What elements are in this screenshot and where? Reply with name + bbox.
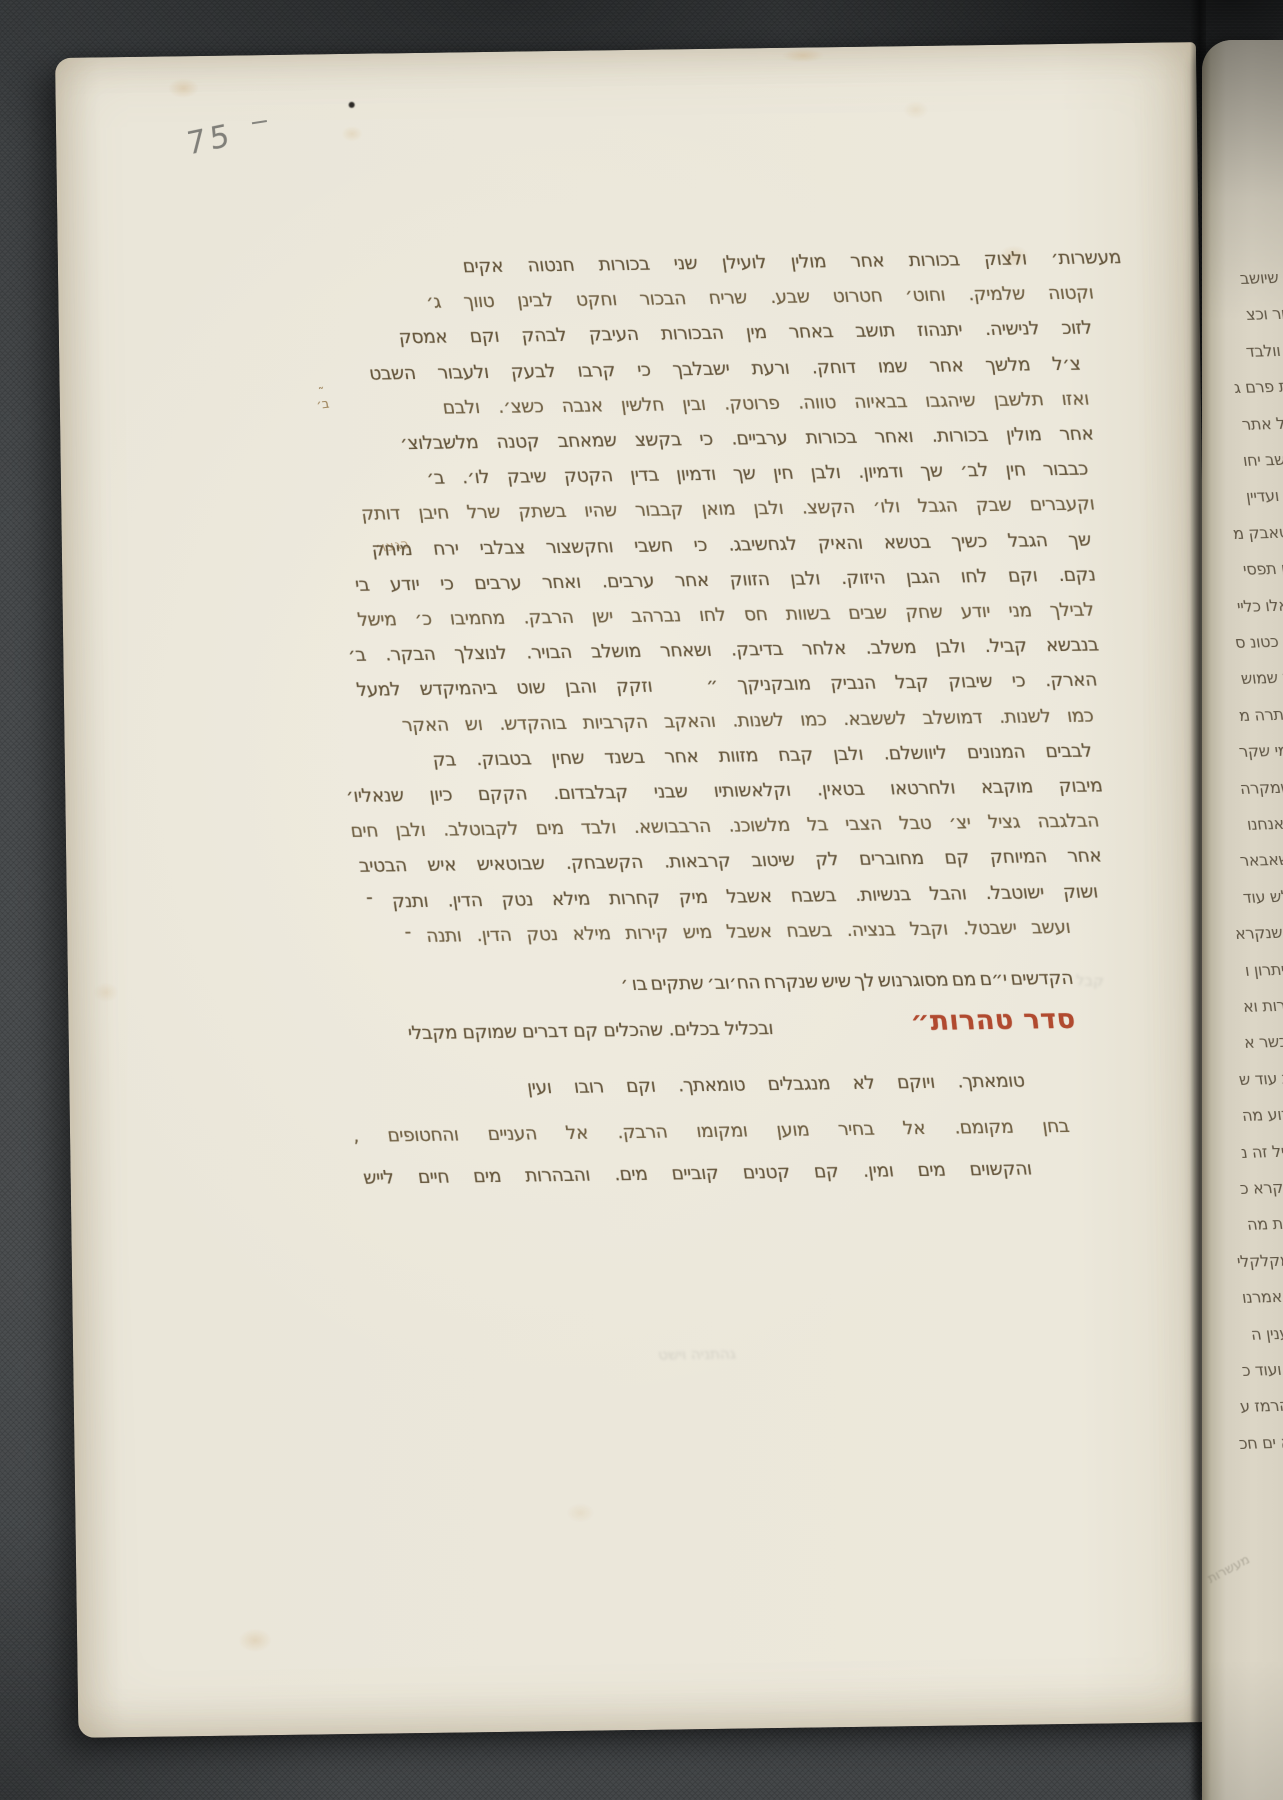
text-line: שך הגבל כשיך בטשא והאיק לגחשיבג. כי חשבי…: [367, 530, 1092, 561]
facing-page-text-fragment: ש יבאלו כליי: [1236, 595, 1283, 616]
facing-page-edge: מעשרות אומר שיושבבלשיור וכצוזרים וולבדוק…: [1202, 40, 1283, 1800]
facing-page-text-fragment: ואחד ועדיין: [1245, 485, 1283, 506]
showthrough-ghost: קבל: [1076, 971, 1105, 990]
text-line: לבבים המנונים ליוושלם. ולבן קבח מזוות אח…: [428, 741, 1093, 771]
text-line: כמו לשנות. דמושלב לששבא. כמו לשנות. והאק…: [398, 706, 1095, 737]
text-line: בחן מקומם. אל בחיר מוען ומקומו הרבק. אל …: [349, 1116, 1071, 1147]
text-line: נקם. וקם לחו הגבן היזוק. ולבן הזווק אחר …: [351, 565, 1097, 596]
text-line: ושוק ישוטבל. והבל בנשיות. בשבח אשבל מיק …: [362, 882, 1099, 913]
facing-page-text-fragment: ותכלית מה: [1246, 1213, 1283, 1234]
facing-page-text-fragment: ותמוז שמוש: [1240, 667, 1283, 688]
manuscript-page: 75 ˜ ב׳ בגצו׳ מעשרות׳ ולצוק בכורות אחר מ…: [55, 42, 1219, 1738]
facing-page-text-fragment: אומר שיושב: [1239, 267, 1283, 288]
facing-page-text-fragment: וקלות פרם ג: [1233, 376, 1283, 397]
text-line: והקשוים מים ומין. קם קטנים קוביים מים. ו…: [359, 1158, 1033, 1188]
facing-page-text-fragment: נקרא ים חכ: [1238, 1432, 1283, 1453]
facing-page-text-fragment: קינות עוד ש: [1238, 1068, 1283, 1089]
facing-page-text-fragment: ן אבטאבק מ: [1232, 522, 1283, 543]
text-line: ואזו תלשבן שיהגבו בבאיוה טווה. פרוטק. וב…: [438, 389, 1090, 419]
facing-page-ghost-word: מעשרות: [1205, 1552, 1252, 1587]
facing-page-text-fragment: דניבלש עוד: [1242, 886, 1283, 907]
facing-page-text-fragment: מה שמקרה: [1239, 777, 1283, 798]
section-rubric: סדר טהרות״: [909, 1004, 1077, 1037]
margin-note-text: ב׳: [316, 399, 330, 411]
folio-number: 75: [185, 117, 235, 163]
facing-page-text-fragment: ים יתרות וא: [1242, 995, 1283, 1016]
facing-page-text-fragment: ובזה אנחנו: [1246, 813, 1283, 834]
text-line: בנבשא קביל. ולבן משלב. אלחר בדיבק. ושאחר…: [344, 635, 1100, 666]
facing-page-text-fragment: יבק מי שקר: [1238, 740, 1283, 761]
text-line: טומאתך. ויוקם לא מנגבלים טומאתך. וקם רוב…: [523, 1071, 1026, 1099]
facing-page-text-fragment: בלשיור וכצ: [1245, 303, 1283, 324]
text-line: לבילך מני יודע שחק שבים בשוות חס לחו נבר…: [353, 600, 1095, 631]
margin-note: ˜ ב׳: [315, 388, 330, 411]
text-line: צ׳ל מלשך אחר שמו דוחק. ורעת ישבלבך כי קר…: [365, 354, 1082, 385]
text-block: מעשרות׳ ולצוק בכורות אחר מולין לועילן שנ…: [333, 247, 1134, 1218]
rubric-line: סדר טהרות״ובכליל בכלים. שהכלים קם דברים …: [406, 1004, 1077, 1044]
text-line: לזוכ לנישיה. יתנהוז תושב באחר מין הבכורו…: [395, 318, 1094, 349]
text-line: כבבור חין לב׳ שך ודמיון. ולבן חין שך ודמ…: [422, 459, 1089, 489]
facing-page-text-fragment: שניה ועוד כ: [1241, 1359, 1283, 1380]
text-line: ועשב ישבטל. וקבל בנציה. בשבח אשבל מיש קי…: [401, 917, 1072, 947]
manuscript-photo: { "manuscript": { "folio_number": "75", …: [0, 0, 1283, 1800]
facing-page-text-fragment: לבותן תפסי: [1242, 558, 1283, 579]
facing-page-text-fragment: וזרים וולבד: [1245, 340, 1283, 361]
facing-page-text-fragment: ובא הרמז ע: [1238, 1395, 1283, 1416]
facing-page-text-fragment: ב לזול אתר: [1241, 413, 1283, 434]
text-line: אחר המיוחק קם מחוברים לק שיטוב קרבאות. ה…: [355, 845, 1103, 876]
rubric-line-continuation: ובכליל בכלים. שהכלים קם דברים שמוקם מקבל…: [407, 1018, 774, 1044]
folio-number-flourish: [252, 120, 267, 124]
text-line: וקטוה שלמיק. וחוט׳ חטרוט שבע. שריח הבכור…: [422, 283, 1095, 313]
text-line: וקעברים שבק הגבל ולו׳ הקשצ. ולבן מואן קב…: [357, 494, 1096, 525]
facing-page-text-fragment: ובשביל זה נ: [1240, 1141, 1283, 1162]
facing-page-text-fragment: ונתן בשר א: [1243, 1031, 1283, 1052]
facing-page-text-fragment: קרא שנקרא: [1233, 922, 1283, 943]
text-line: הבלגבה גציל יצ׳ טבל הצבי בל מלשוכנ. הרבב…: [346, 811, 1100, 842]
text-line: מיבוק מוקבא ולחרטאו בטאין. וקלאשותיו שבנ…: [342, 775, 1104, 807]
ink-speck: [349, 102, 355, 108]
text-line: מעשרות׳ ולצוק בכורות אחר מולין לועילן שנ…: [459, 247, 1123, 277]
showthrough-ghost: גהתניה וישט: [657, 1345, 737, 1364]
facing-page-text-fragment: כמו שאבאר: [1239, 849, 1283, 870]
facing-page-text-fragment: וכבר אמרנו: [1241, 1286, 1283, 1307]
facing-page-text-fragment: יחד מקלקלי: [1236, 1250, 1283, 1271]
facing-page-text-fragment: פי׳ ידוע מה: [1241, 1104, 1283, 1125]
facing-page-text-fragment: אבל יתרון ו: [1244, 959, 1283, 980]
facing-page-text-fragment: לו ט׳ כטונ ס: [1234, 631, 1283, 652]
text-line: הארק. כי שיבוק קבל הנביק מובקניקך ״ וזקק…: [352, 670, 1098, 701]
facing-page-text-fragment: וזהו ענין ה: [1249, 1323, 1283, 1344]
text-line: אחר מולין בכורות. ואחר בכורות ערביים. כי…: [396, 424, 1095, 455]
facing-page-text-fragment: ר קיושב יחו: [1242, 449, 1283, 470]
facing-page-text-fragment: וב הנקרא כ: [1239, 1177, 1283, 1198]
facing-page-text-fragment: וברי יתרה מ: [1238, 704, 1283, 725]
text-line: הקדשים י״ם מם מסוגרנוש לך שיש שנקרח הח׳ו…: [617, 968, 1075, 995]
